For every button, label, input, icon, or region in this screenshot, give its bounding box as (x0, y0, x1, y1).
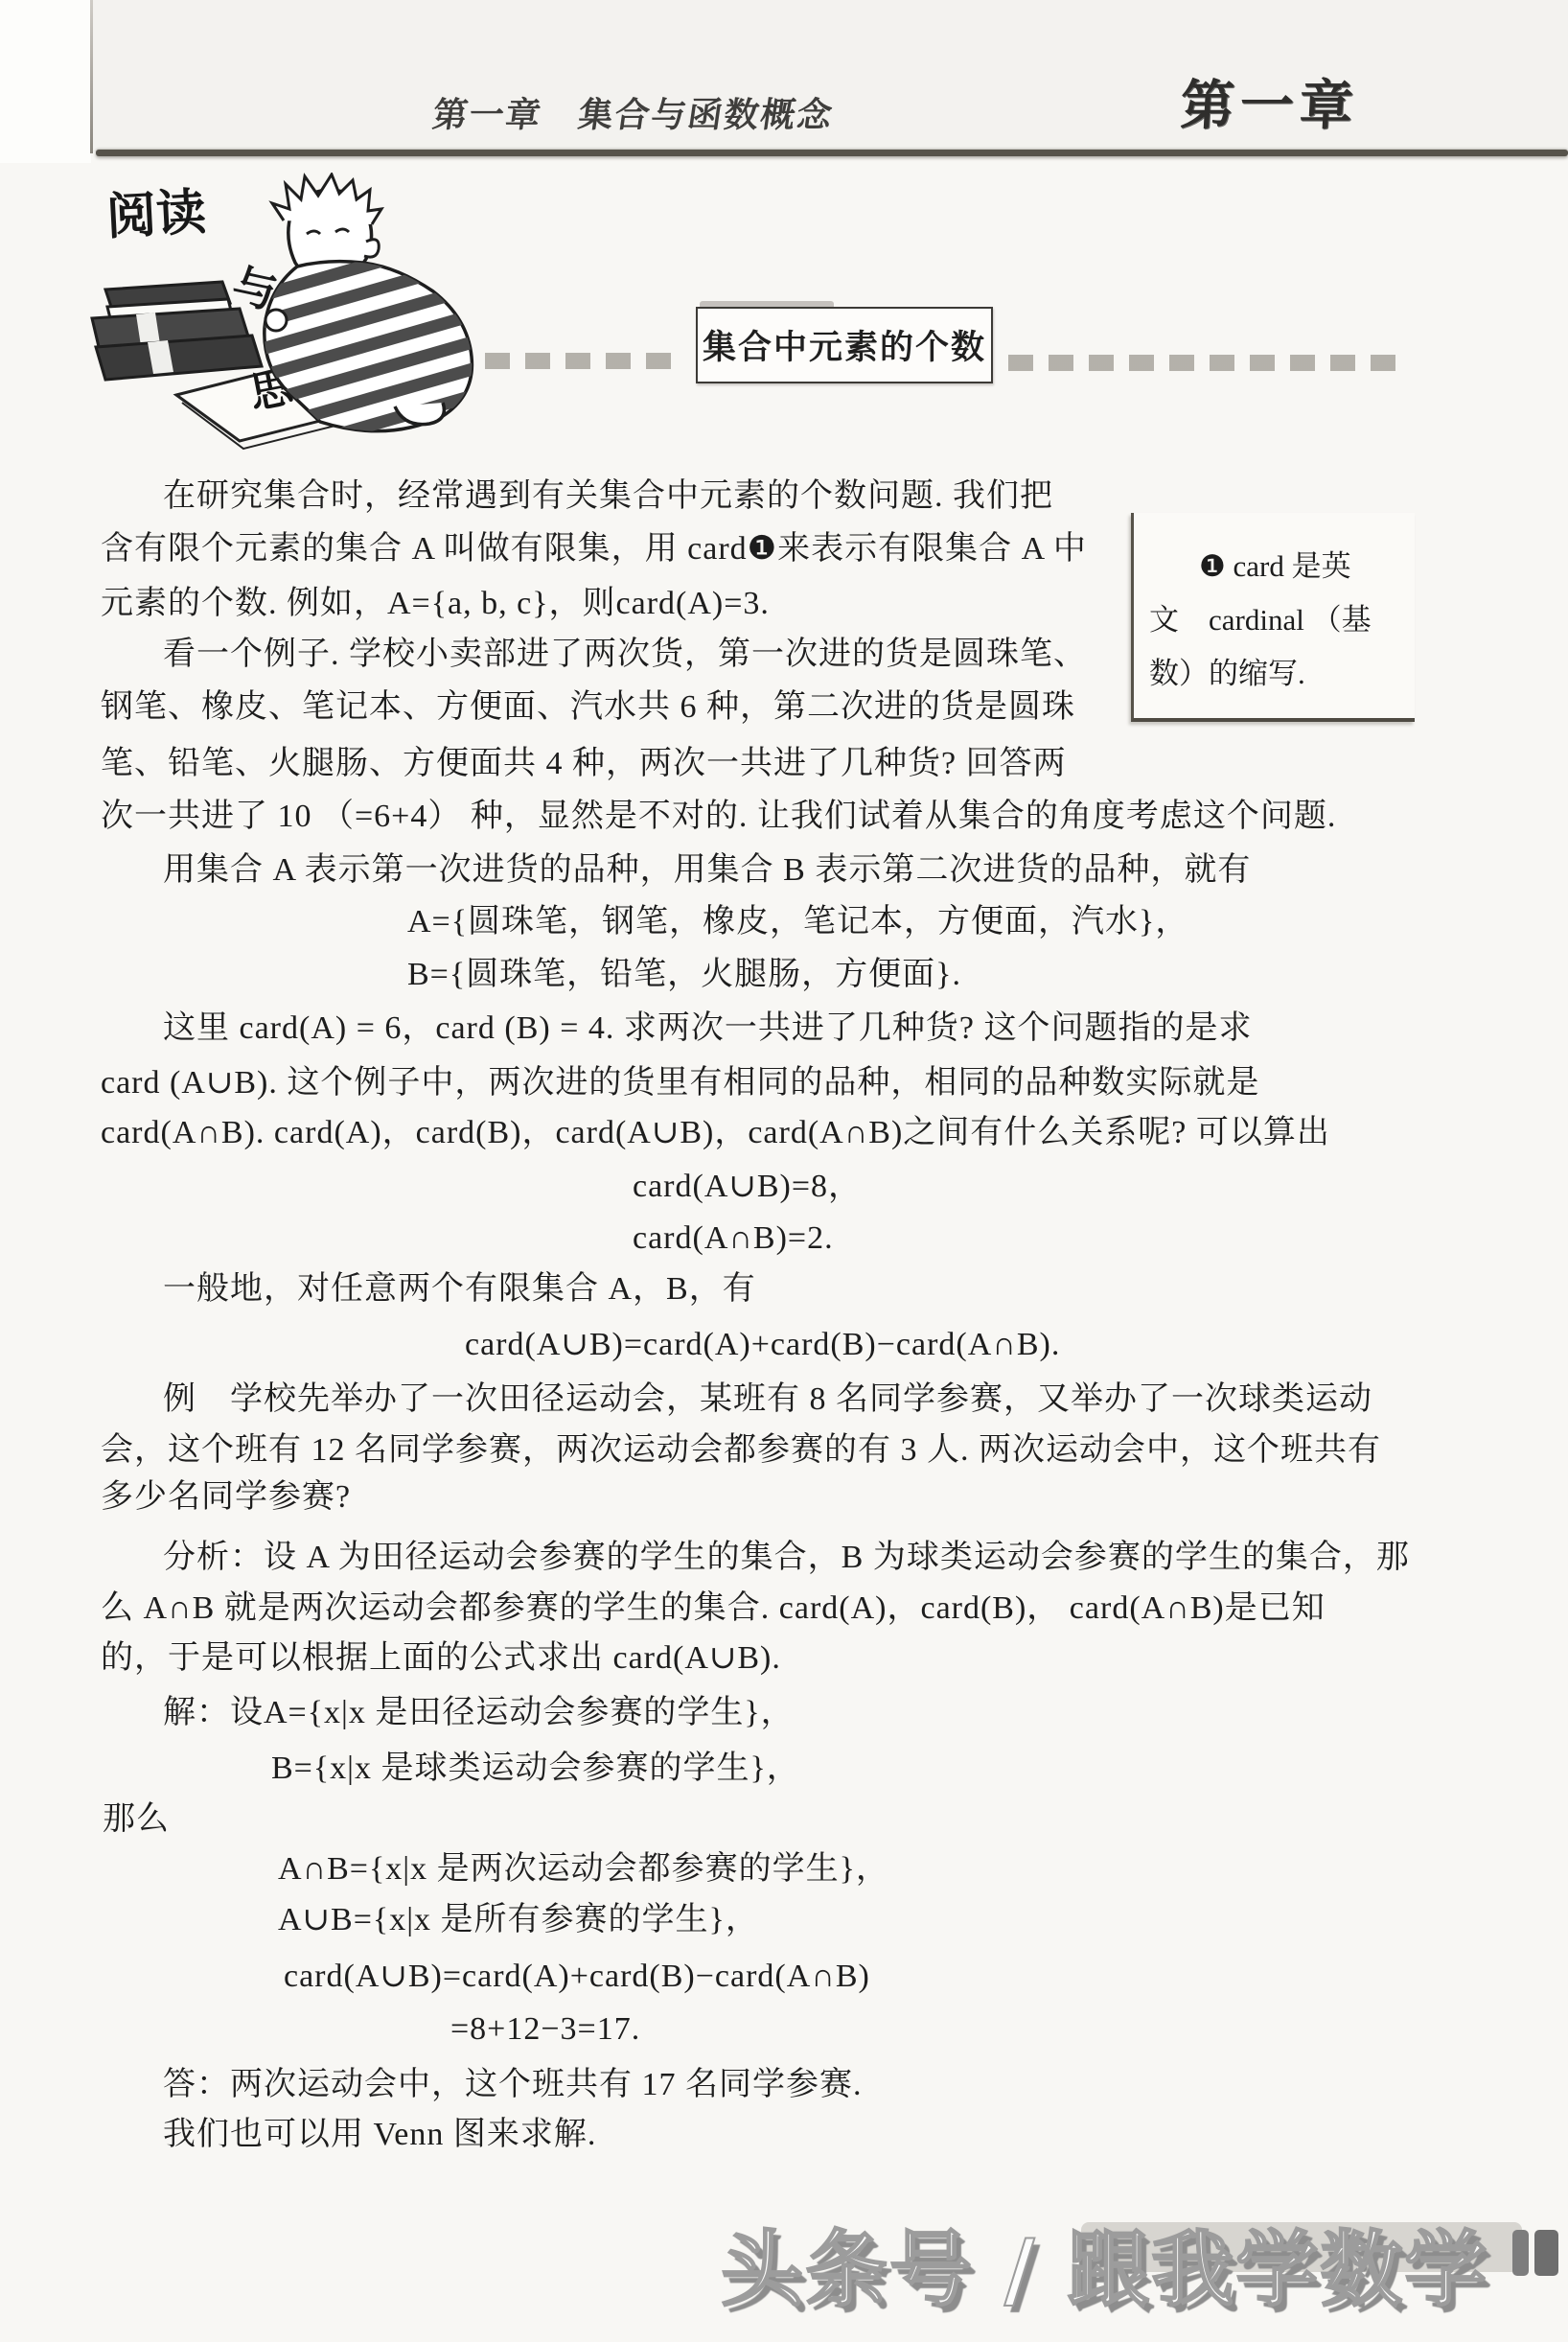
text-line: 解：设A={x|x 是田径运动会参赛的学生}， (163, 1693, 795, 1733)
formula-line: A∩B={x|x 是两次运动会都参赛的学生}， (278, 1849, 889, 1890)
reading-boy-illustration: 阅读 与 思考 (79, 173, 500, 452)
dash-decoration-left (485, 353, 677, 369)
spiky-hair (272, 174, 381, 224)
text-line: 看一个例子. 学校小卖部进了两次货，第一次进的货是圆珠笔、 (163, 635, 1087, 675)
text-line: 这里 card(A) = 6，card (B) = 4. 求两次一共进了几种货?… (163, 1009, 1252, 1049)
watermark-text: 头条号 / 跟我学数学 (721, 2203, 1488, 2322)
text-line: 钢笔、橡皮、笔记本、方便面、汽水共 6 种，第二次进的货是圆珠 (101, 687, 1075, 728)
section-title: 集合中元素的个数 (703, 321, 986, 369)
text-line: 笔、铅笔、火腿肠、方便面共 4 种，两次一共进了几种货? 回答两 (101, 744, 1067, 784)
text-line: 元素的个数. 例如，A={a, b, c}，则card(A)=3. (101, 584, 770, 624)
calligraphy-yuedu: 阅读 (105, 184, 208, 246)
text-line: 么 A∩B 就是两次运动会都参赛的学生的集合. card(A)，card(B)，… (101, 1588, 1326, 1629)
text-line: 那么 (103, 1799, 170, 1840)
note-line: ❶ card 是英 (1149, 540, 1401, 593)
text-line: 用集合 A 表示第一次进货的品种，用集合 B 表示第二次进货的品种，就有 (163, 850, 1251, 891)
note-line: 文 cardinal （基 (1149, 593, 1401, 647)
scan-background-corner (0, 0, 91, 163)
chapter-header: 第一章 集合与函数概念 (429, 88, 837, 137)
formula-line: A={圆珠笔，钢笔，橡皮，笔记本，方便面，汽水}， (407, 902, 1188, 942)
formula-line: card(A∪B)=8， (633, 1167, 862, 1207)
formula-line: B={圆珠笔，铅笔，火腿肠，方便面}. (407, 955, 961, 995)
text-line: 我们也可以用 Venn 图来求解. (163, 2115, 596, 2155)
watermark-bar-icon (1512, 2230, 1529, 2276)
text-line: 一般地，对任意两个有限集合 A，B，有 (163, 1269, 756, 1310)
margin-note-card: ❶ card 是英 文 cardinal （基 数）的缩写. (1131, 513, 1415, 722)
text-line: 例 学校先举办了一次田径运动会，某班有 8 名同学参赛，又举办了一次球类运动 (163, 1380, 1372, 1420)
dash-decoration-right (1008, 355, 1395, 371)
text-line: 分析：设 A 为田径运动会参赛的学生的集合，B 为球类运动会参赛的学生的集合，那 (163, 1538, 1410, 1578)
watermark-bar-icon (1534, 2230, 1558, 2276)
hand-with-pencil (265, 310, 287, 331)
text-line: 次一共进了 10 （=6+4） 种，显然是不对的. 让我们试着从集合的角度考虑这… (101, 797, 1336, 837)
section-title-box: 集合中元素的个数 (696, 307, 993, 383)
chapter-badge: 第一章 (1179, 63, 1361, 140)
formula-line: card(A∩B)=2. (633, 1218, 834, 1259)
text-line: card (A∪B). 这个例子中，两次进的货里有相同的品种，相同的品种数实际就… (101, 1063, 1259, 1103)
scanned-textbook-page: 第一章 集合与函数概念 第一章 阅读 与 思考 (0, 0, 1568, 2342)
text-line: 在研究集合时，经常遇到有关集合中元素的个数问题. 我们把 (163, 476, 1053, 517)
text-line: 的，于是可以根据上面的公式求出 card(A∪B). (101, 1638, 781, 1679)
formula-line: B={x|x 是球类运动会参赛的学生}， (271, 1749, 800, 1789)
note-line: 数）的缩写. (1149, 647, 1401, 701)
formula-line: card(A∪B)=card(A)+card(B)−card(A∩B) (284, 1957, 870, 1997)
text-line: 会，这个班有 12 名同学参赛，两次运动会都参赛的有 3 人. 两次运动会中，这… (101, 1430, 1381, 1471)
text-line: card(A∩B). card(A)，card(B)，card(A∪B)，car… (101, 1113, 1330, 1153)
page-edge-vertical (90, 0, 93, 153)
page-edge-rule (96, 150, 1568, 156)
text-line: 含有限个元素的集合 A 叫做有限集，用 card❶来表示有限集合 A 中 (101, 529, 1087, 569)
text-line: 多少名同学参赛? (101, 1477, 351, 1518)
formula-line: A∪B={x|x 是所有参赛的学生}， (278, 1900, 759, 1940)
formula-line: card(A∪B)=card(A)+card(B)−card(A∩B). (465, 1325, 1060, 1365)
formula-line: =8+12−3=17. (450, 2009, 640, 2050)
text-line: 答：两次运动会中，这个班共有 17 名同学参赛. (163, 2065, 863, 2105)
